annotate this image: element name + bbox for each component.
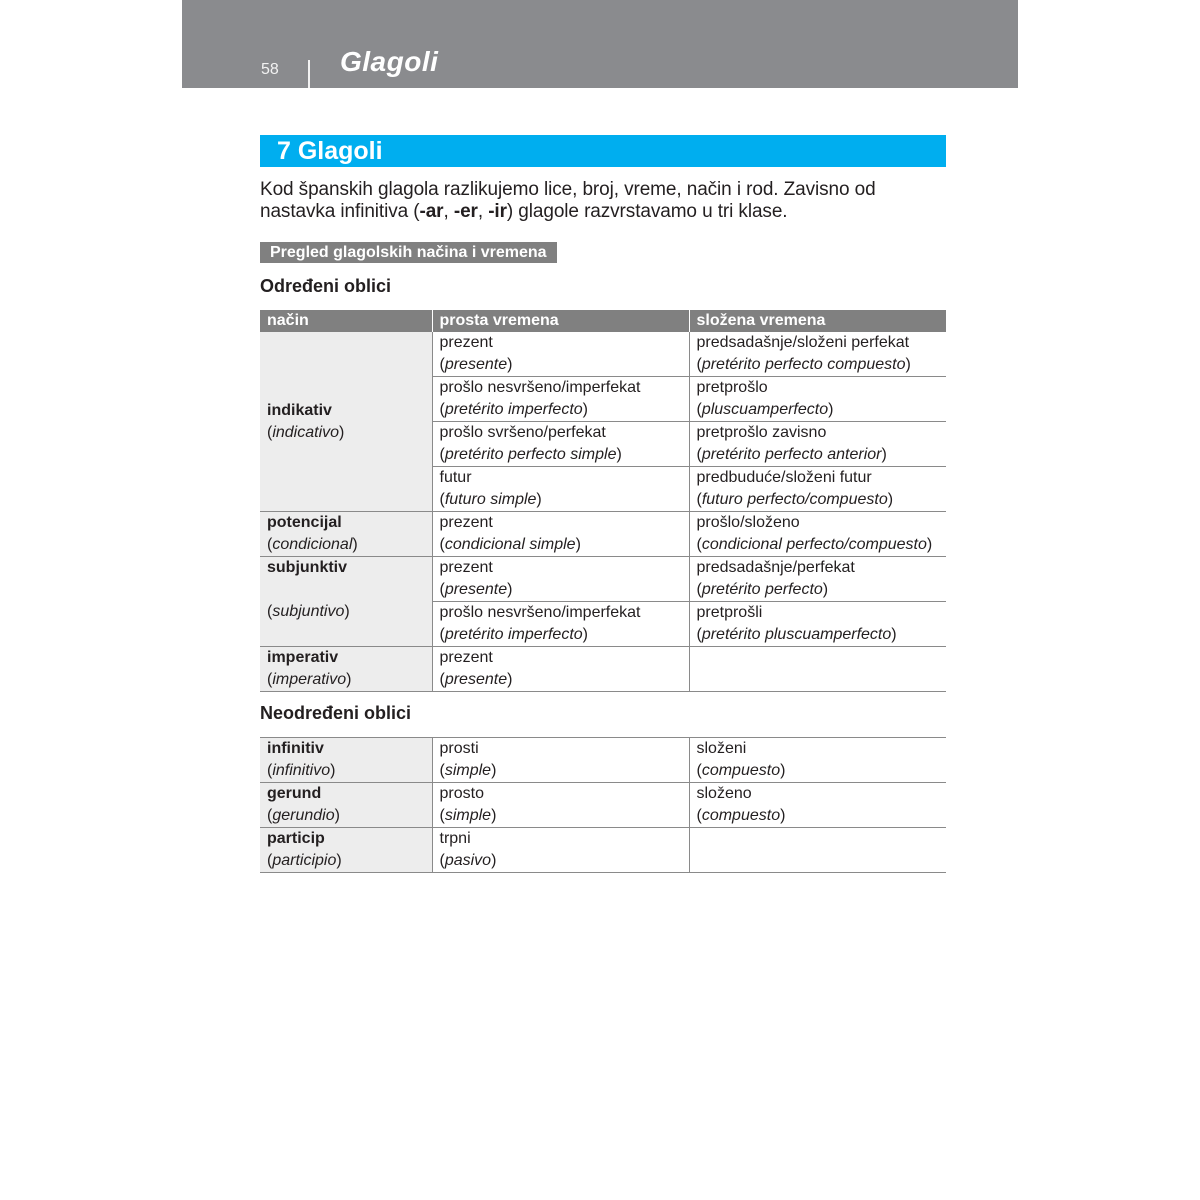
compound-tense-cell: predbuduće/složeni futur(futuro perfecto… [689, 467, 946, 512]
term-es: (gerundio) [267, 805, 432, 827]
term-es: (infinitivo) [267, 760, 432, 782]
term-sr: prošlo nesvršeno/imperfekat [440, 377, 689, 399]
section-label: Pregled glagolskih načina i vremena [260, 242, 557, 263]
column-header: složena vremena [689, 310, 946, 332]
term-es: (condicional simple) [440, 534, 689, 556]
table-row: potencijal(condicional)prezent(condicion… [260, 512, 946, 557]
term-es: (presente) [440, 579, 689, 601]
simple-tense-cell: prezent(presente) [432, 647, 689, 692]
mood-cell: potencijal(condicional) [260, 512, 432, 557]
term-es: (compuesto) [697, 760, 947, 782]
term-sr: prošlo svršeno/perfekat [440, 422, 689, 444]
simple-tense-cell: prezent(presente) [432, 332, 689, 377]
simple-tense-cell: prošlo nesvršeno/imperfekat(pretérito im… [432, 377, 689, 422]
term-sr: indikativ [267, 400, 432, 422]
ending-ir: -ir [488, 201, 507, 222]
finite-forms-heading: Određeni oblici [260, 276, 391, 297]
form-cell: gerund(gerundio) [260, 783, 432, 828]
term-sr: složeno [697, 783, 947, 805]
simple-form-cell: trpni(pasivo) [432, 828, 689, 873]
compound-tense-cell: pretprošlo(pluscuamperfecto) [689, 377, 946, 422]
term-es: (imperativo) [267, 669, 432, 691]
compound-tense-cell: pretprošli(pretérito pluscuamperfecto) [689, 602, 946, 647]
form-cell: particip(participio) [260, 828, 432, 873]
chapter-title: 7 Glagoli [277, 137, 383, 165]
term-sr: prošlo nesvršeno/imperfekat [440, 602, 689, 624]
term-es: (pretérito perfecto anterior) [697, 444, 947, 466]
term-es: (simple) [440, 760, 689, 782]
simple-tense-cell: prošlo svršeno/perfekat(pretérito perfec… [432, 422, 689, 467]
term-es: (simple) [440, 805, 689, 827]
term-sr: prezent [440, 512, 689, 534]
table-row: imperativ(imperativo)prezent(presente) [260, 647, 946, 692]
term-es: (futuro simple) [440, 489, 689, 511]
term-sr: gerund [267, 783, 432, 805]
term-es: (pretérito pluscuamperfecto) [697, 624, 947, 646]
chapter-title-bar: 7 Glagoli [260, 135, 946, 167]
simple-tense-cell: prezent(presente) [432, 557, 689, 602]
term-es: (participio) [267, 850, 432, 872]
simple-tense-cell: futur(futuro simple) [432, 467, 689, 512]
term-es: (compuesto) [697, 805, 947, 827]
term-sr: prezent [440, 647, 689, 669]
term-sr: prošlo/složeno [697, 512, 947, 534]
intro-paragraph: Kod španskih glagola razlikujemo lice, b… [260, 179, 950, 223]
form-cell: infinitiv(infinitivo) [260, 738, 432, 783]
finite-forms-table: način prosta vremena složena vremena ind… [260, 310, 946, 692]
term-sr: složeni [697, 738, 947, 760]
nonfinite-forms-heading: Neodređeni oblici [260, 703, 411, 724]
table-row: subjunktiv(subjuntivo)prezent(presente)p… [260, 557, 946, 602]
term-sr: predsadašnje/perfekat [697, 557, 947, 579]
term-es: (condicional) [267, 534, 432, 556]
term-sr: infinitiv [267, 738, 432, 760]
running-title: Glagoli [340, 46, 438, 78]
simple-tense-cell: prezent(condicional simple) [432, 512, 689, 557]
term-es: (pluscuamperfecto) [697, 399, 947, 421]
table-row: gerund(gerundio)prosto(simple)složeno(co… [260, 783, 946, 828]
header-divider [308, 60, 310, 88]
simple-form-cell: prosti(simple) [432, 738, 689, 783]
term-sr: potencijal [267, 512, 432, 534]
term-sr: trpni [440, 828, 689, 850]
term-sr: prosti [440, 738, 689, 760]
column-header: prosta vremena [432, 310, 689, 332]
compound-form-cell: složeno(compuesto) [689, 783, 946, 828]
term-es: (pretérito imperfecto) [440, 399, 689, 421]
term-sr: predsadašnje/složeni perfekat [697, 332, 947, 354]
term-es: (subjuntivo) [267, 601, 432, 623]
compound-tense-cell: predsadašnje/složeni perfekat(pretérito … [689, 332, 946, 377]
table-row: indikativ(indicativo)prezent(presente)pr… [260, 332, 946, 377]
term-es: (pretérito perfecto simple) [440, 444, 689, 466]
term-sr: pretprošli [697, 602, 947, 624]
ending-ar: -ar [419, 201, 443, 222]
column-header: način [260, 310, 432, 332]
term-sr: prezent [440, 557, 689, 579]
term-sr: pretprošlo [697, 377, 947, 399]
term-sr: subjunktiv [267, 557, 432, 579]
term-sr: prezent [440, 332, 689, 354]
term-sr: prosto [440, 783, 689, 805]
simple-tense-cell: prošlo nesvršeno/imperfekat(pretérito im… [432, 602, 689, 647]
term-sr: futur [440, 467, 689, 489]
ending-er: -er [454, 201, 478, 222]
mood-cell: indikativ(indicativo) [260, 332, 432, 512]
term-sr: pretprošlo zavisno [697, 422, 947, 444]
mood-cell: subjunktiv(subjuntivo) [260, 557, 432, 647]
simple-form-cell: prosto(simple) [432, 783, 689, 828]
page-number: 58 [261, 61, 279, 79]
intro-sep: , [443, 201, 453, 222]
compound-tense-cell: pretprošlo zavisno(pretérito perfecto an… [689, 422, 946, 467]
intro-text-2: ) glagole razvrstavamo u tri klase. [507, 201, 788, 222]
term-sr: imperativ [267, 647, 432, 669]
table-row: infinitiv(infinitivo)prosti(simple)slože… [260, 738, 946, 783]
nonfinite-forms-table: infinitiv(infinitivo)prosti(simple)slože… [260, 737, 946, 873]
compound-tense-cell [689, 647, 946, 692]
term-sr: particip [267, 828, 432, 850]
term-es: (pretérito perfecto) [697, 579, 947, 601]
term-es: (pretérito perfecto compuesto) [697, 354, 947, 376]
term-es: (pretérito imperfecto) [440, 624, 689, 646]
term-sr: predbuduće/složeni futur [697, 467, 947, 489]
compound-tense-cell: prošlo/složeno(condicional perfecto/comp… [689, 512, 946, 557]
term-es: (futuro perfecto/compuesto) [697, 489, 947, 511]
table-row: particip(participio)trpni(pasivo) [260, 828, 946, 873]
mood-cell: imperativ(imperativo) [260, 647, 432, 692]
table-header-row: način prosta vremena složena vremena [260, 310, 946, 332]
term-es: (pasivo) [440, 850, 689, 872]
compound-tense-cell: predsadašnje/perfekat(pretérito perfecto… [689, 557, 946, 602]
term-es: (indicativo) [267, 422, 432, 444]
term-es: (condicional perfecto/compuesto) [697, 534, 947, 556]
intro-sep: , [478, 201, 488, 222]
term-es: (presente) [440, 669, 689, 691]
compound-form-cell: složeni(compuesto) [689, 738, 946, 783]
compound-form-cell [689, 828, 946, 873]
term-es: (presente) [440, 354, 689, 376]
